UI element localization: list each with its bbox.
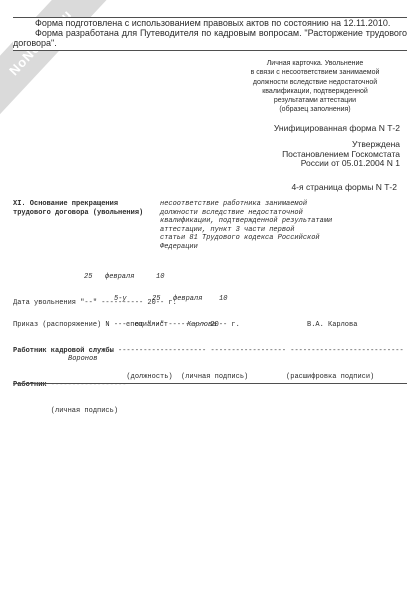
approval-note: Утверждена Постановлением Госкомстата Ро… — [282, 140, 400, 169]
hr-officer-signature-name: В.А. Карлова — [307, 321, 357, 330]
order-day: 25 — [152, 295, 160, 304]
section-xi: XI. Основание прекращения трудового дого… — [13, 200, 332, 252]
order-month: февраля — [173, 295, 202, 304]
hr-officer-values: специалист Карлова В.А. Карлова — [13, 321, 404, 330]
notice-line-2: Форма разработана для Путеводителя по ка… — [13, 29, 407, 49]
section-xi-value: несоответствие работника занимаемой долж… — [160, 200, 332, 252]
hr-officer-dashes: --------------------- ------------------… — [114, 347, 404, 355]
hr-officer-position: специалист — [126, 321, 168, 330]
document-page: NoNomer.ru Форма подготовлена с использо… — [0, 0, 420, 600]
unified-form-code: Унифицированная форма N Т-2 — [274, 123, 400, 133]
document-title: Личная карточка. Увольнение в связи с не… — [234, 59, 396, 115]
notice-box: Форма подготовлена с использованием прав… — [13, 17, 407, 51]
hr-officer-signature: Карлова — [187, 321, 216, 330]
employee-signature: Воронов — [68, 355, 97, 364]
employee-block: Воронов Работник ------------------ (лич… — [13, 338, 126, 433]
bottom-rule — [13, 383, 407, 384]
employee-values: Воронов — [13, 355, 126, 364]
order-values: 5-у 25 февраля 10 — [13, 295, 240, 304]
order-number: 5-у — [114, 295, 127, 304]
employee-caption: (личная подпись) — [13, 407, 126, 416]
order-year: 10 — [219, 295, 227, 304]
section-xi-label: XI. Основание прекращения трудового дого… — [13, 200, 160, 252]
page-number-note: 4-я страница формы N Т-2 — [291, 182, 397, 192]
